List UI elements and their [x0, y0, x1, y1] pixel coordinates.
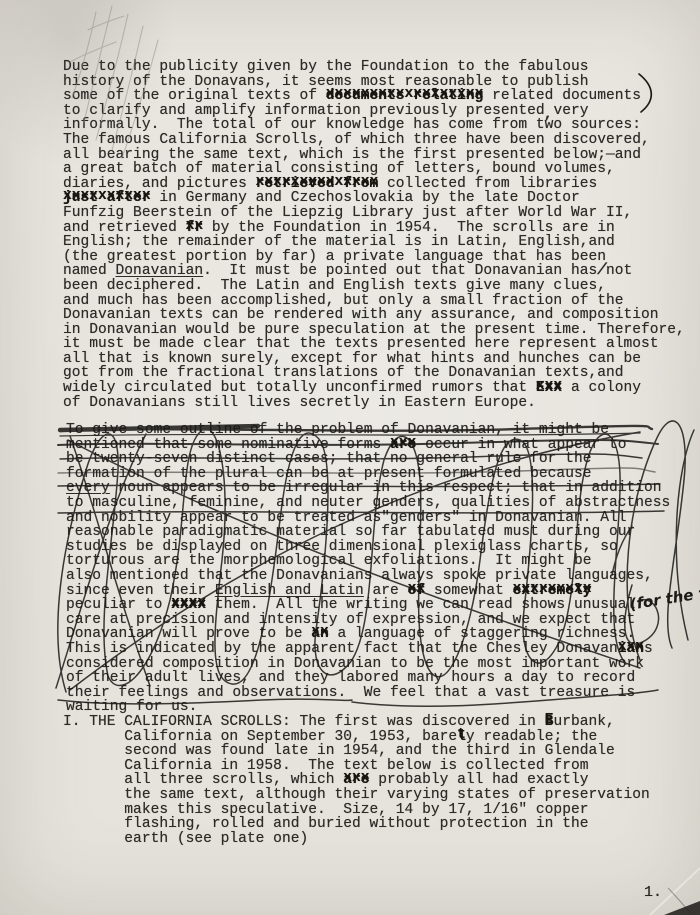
- overstrike-layer: xxxx: [171, 597, 206, 611]
- text-segment: in Germany and Czechoslovakia by the lat…: [151, 190, 580, 206]
- text-segment: been deciphered. The Latin and English t…: [63, 278, 606, 294]
- overstrike-layer: xxxxxxxxx: [513, 583, 592, 597]
- overstruck-text: frxx: [186, 220, 204, 236]
- paragraph-introduction: Due to the publicity given by the Founda…: [63, 61, 685, 411]
- overstruck-text: retrieved fromxxxxxxxxxxxxxx: [256, 176, 379, 192]
- overstruck-text: just afterxxxxxxxxxx: [63, 190, 151, 206]
- overstrike-layer: xxx: [536, 380, 562, 394]
- text-segment: not: [606, 263, 632, 279]
- text-segment: and: [615, 147, 641, 163]
- overstruck-text: arexxx: [390, 437, 416, 453]
- text-segment: noun appears to be irregular in this res…: [110, 480, 662, 496]
- typewritten-document-page: Due to the publicity given by the Founda…: [0, 0, 700, 915]
- overstrike-layer: xxxxxxxxxxxxxx: [256, 176, 379, 190]
- overstruck-text: documents relatingxxxxxxxxxxxxxxxxxx: [326, 88, 484, 104]
- text-segment: ,: [544, 107, 553, 123]
- text-segment: s: [644, 641, 653, 657]
- overstruck-text: ianxxx: [618, 641, 644, 657]
- text-segment: a language of staggering richness.: [329, 626, 636, 642]
- text-segment: second was found late in 1954, and the t…: [63, 743, 615, 759]
- overstruck-text: Exxxxx: [536, 380, 562, 396]
- text-segment: named: [63, 263, 116, 279]
- overstrike-layer: xxx: [618, 641, 644, 655]
- overstrike-layer: xx: [311, 626, 329, 640]
- text-segment: related documents: [483, 88, 641, 104]
- text-segment: The famous California Scrolls, of which …: [63, 132, 650, 148]
- text-segment: flashing, rolled and buried without prot…: [63, 816, 588, 832]
- text-segment: torturous are the morphemological exfoli…: [66, 553, 591, 569]
- text-segment: Due to the publicity given by the Founda…: [63, 59, 588, 75]
- text-segment: English; the remainder of the material i…: [63, 234, 615, 250]
- text-segment: the same text, although their varying st…: [63, 787, 650, 803]
- overstrike-layer: xxxxxxxxxxxxxxxxxx: [326, 88, 484, 102]
- overstrike-layer: xx: [186, 220, 204, 234]
- text-segment: of Donavanians still lives secretly in E…: [63, 395, 536, 411]
- overstrike-layer: t: [457, 729, 466, 743]
- text-segment: probably all had exactly: [370, 772, 589, 788]
- text-segment: waiting for us.: [66, 699, 197, 715]
- section-california-scrolls: I. THE CALIFORNIA SCROLLS: The first was…: [63, 716, 650, 847]
- text-segment: . It must be pointed out that Donavanian…: [203, 263, 597, 279]
- overstruck-text: extremelyxxxxxxxxx: [513, 583, 592, 599]
- overstruck-text: arexxx: [343, 772, 369, 788]
- text-segment: To give some outline of the problem of D…: [66, 422, 609, 438]
- text-segment: to masculine, feminine, and neuter gende…: [66, 495, 670, 511]
- text-segment: every: [66, 480, 110, 496]
- overstrike-layer: E: [545, 714, 554, 728]
- text-segment: be twenty-seven distinct cases; that no …: [66, 451, 591, 467]
- text-segment: This is indicated by the apparent fact t…: [66, 641, 618, 657]
- text-segment: of their adult lives, and they labored m…: [66, 670, 635, 686]
- overstrike-layer: xx: [408, 583, 426, 597]
- text-segment: I. THE CALIFORNIA SCROLLS: The first was…: [63, 714, 545, 730]
- text-segment: urbank,: [553, 714, 614, 730]
- overstruck-text: BE: [545, 714, 554, 730]
- text-segment: widely circulated but totally unconfirme…: [63, 380, 536, 396]
- overstrike-layer: xxxxxxxxxx: [63, 190, 151, 204]
- text-segment: it must be made clear that the texts pre…: [63, 336, 659, 352]
- text-segment: reasonable paradigmatic material so far …: [66, 524, 635, 540]
- overstruck-text: lt: [457, 729, 466, 745]
- text-segment: a colony: [562, 380, 641, 396]
- paragraph-crossed-out: To give some outline of the problem of D…: [66, 424, 670, 716]
- overstruck-text: xxxxxxxx: [171, 597, 206, 613]
- text-segment: them. All the writing we can read shows …: [206, 597, 635, 613]
- overstruck-text: ofxx: [408, 583, 426, 599]
- text-line: of Donavanians still lives secretly in E…: [63, 397, 685, 412]
- page-number: 1.: [644, 884, 662, 901]
- text-segment: peculiar to: [66, 597, 171, 613]
- text-segment: Donavanian will prove to be: [66, 626, 311, 642]
- overstrike-layer: xxx: [343, 772, 369, 786]
- overstrike-layer: xxx: [390, 437, 416, 451]
- text-segment: earth (see plate one): [63, 831, 308, 847]
- text-segment: Donavanian texts can be rendered with an…: [63, 307, 659, 323]
- text-segment: all three scrolls, which: [63, 772, 343, 788]
- text-line: earth (see plate one): [63, 833, 650, 848]
- text-segment: some of the original texts of: [63, 88, 326, 104]
- text-segment: Donavanian: [116, 263, 204, 279]
- text-segment: informally. The total of our knowledge h…: [63, 117, 641, 133]
- overstruck-text: anxx: [311, 626, 329, 642]
- text-segment: Funfzig Beerstein of the Liepzig Library…: [63, 205, 632, 221]
